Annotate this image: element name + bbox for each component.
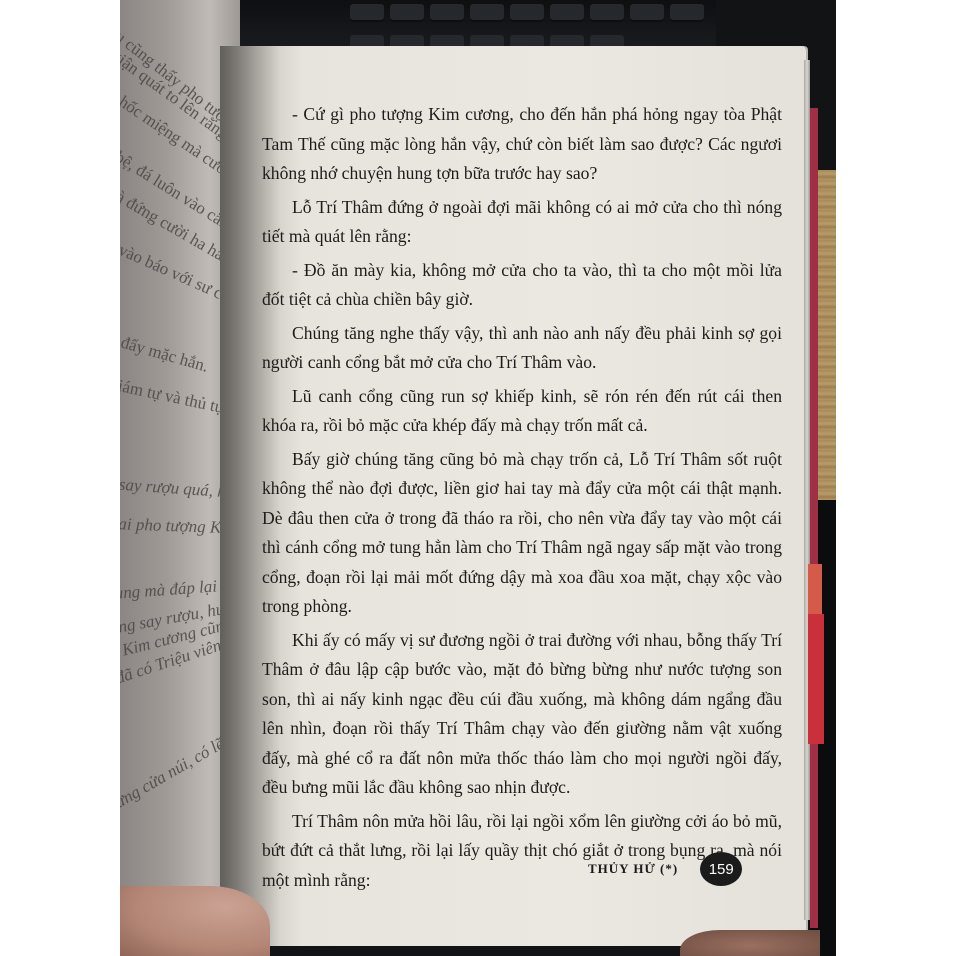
- paragraph: Chúng tăng nghe thấy vậy, thì anh nào an…: [262, 319, 782, 378]
- bookmark-tab-red: [808, 614, 824, 744]
- running-title: THỦY HỬ (*): [588, 861, 678, 877]
- left-page-line: ừng cửa núi, có lẽ: [120, 735, 227, 811]
- left-page-line: ế đấy mặc hắn.: [120, 330, 210, 374]
- page-body-text: - Cứ gì pho tượng Kim cương, cho đến hắn…: [262, 100, 782, 899]
- photo-frame: ưu cũng thấy pho tượng c giận quát to lê…: [120, 0, 836, 956]
- thumb: [120, 886, 270, 956]
- paragraph: Khi ấy có mấy vị sư đương ngồi ở trai đư…: [262, 626, 782, 803]
- paragraph: - Đồ ăn mày kia, không mở cửa cho ta vào…: [262, 256, 782, 315]
- paragraph: Bấy giờ chúng tăng cũng bỏ mà chạy trốn …: [262, 445, 782, 622]
- book-cover-edge: [810, 108, 818, 928]
- paragraph: Lũ canh cổng cũng run sợ khiếp kinh, sẽ …: [262, 382, 782, 441]
- finger: [680, 930, 820, 956]
- bookmark-tab-orange: [808, 564, 822, 614]
- page-footer: THỦY HỬ (*) 159: [588, 852, 742, 886]
- paragraph: Lỗ Trí Thâm đứng ở ngoài đợi mãi không c…: [262, 193, 782, 252]
- paragraph: - Cứ gì pho tượng Kim cương, cho đến hắn…: [262, 100, 782, 189]
- page-number-badge: 159: [700, 852, 742, 886]
